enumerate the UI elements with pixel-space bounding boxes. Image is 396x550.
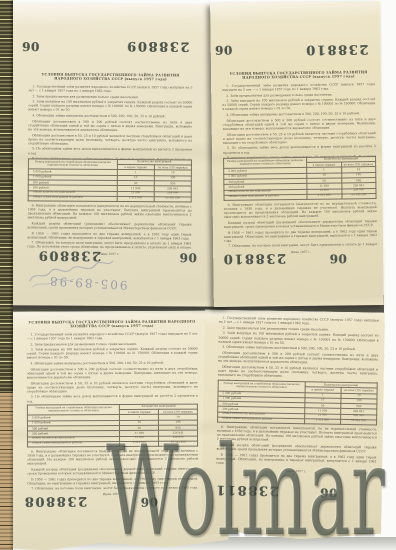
terms-paragraphs-lower: 6. Выигравшие облигации погашаются (выку… (216, 425, 377, 468)
ruler-dark-segment (0, 0, 13, 392)
terms-paragraph: Облигации достоинством в 500 и 200 рубле… (223, 117, 376, 131)
terms-paragraph: 3. Заём выпущен на 100 миллионов рублей … (28, 100, 192, 113)
bond-serial-number: 238810 (305, 41, 369, 57)
measuring-ruler (0, 0, 13, 550)
table-row: Общая сумма выигрышей (в рублях)2 912 80… (224, 193, 376, 200)
table-cell: Общая сумма выигрышей (в рублях) (224, 194, 307, 200)
table-cell: Общая сумма выигрышей (в рублях) (28, 441, 120, 447)
terms-paragraph: Облигации достоинством в 50, 25 и 10 руб… (27, 380, 198, 393)
table-cell: 55 343 200 (159, 441, 198, 446)
bond-sheet-bottom-left: УСЛОВИЯ ВЫПУСКА ГОСУДАРСТВЕННОГО ЗАЙМА Р… (9, 310, 228, 550)
winnings-table-body: 5 000 рублей1191 000 рублей10190500 рубл… (218, 391, 377, 415)
terms-paragraph: 4. Облигации займа выпущены достоинством… (27, 361, 198, 366)
terms-paragraph: 5. По облигациям займа весь доход выплач… (27, 394, 198, 403)
table-cell: 55 343 200 (342, 193, 377, 199)
terms-paragraph: Облигации достоинством в 50, 25 и 10 руб… (28, 133, 192, 146)
terms-paragraph: В 1958 — 1961 годах проводится по два ти… (216, 452, 376, 467)
table-cell: 2 912 800 (304, 419, 340, 425)
bond-serial-number: 238811 (215, 482, 279, 498)
bond-terms-title: УСЛОВИЯ ВЫПУСКА ГОСУДАРСТВЕННОГО ЗАЙМА Р… (26, 311, 197, 330)
terms-paragraphs-upper: 1. Государственный заём развития народно… (26, 331, 197, 404)
winnings-table-totals: Общее количество выигрышей12 000228 000О… (28, 436, 198, 447)
terms-paragraph: 6. Выигравшие облигации погашаются (выку… (224, 201, 377, 219)
terms-paragraph: 2. Заём предназначен для размещения толь… (27, 341, 198, 346)
bond-number-stamp: 06 (140, 495, 158, 509)
bond-number-stamp: 06 (179, 250, 197, 264)
terms-paragraph: 3. Заём выпущен на 100 миллионов рублей … (27, 347, 198, 360)
terms-paragraph: Облигации достоинством в 50, 25 и 10 руб… (218, 364, 378, 379)
terms-paragraph: 3. Заём выпущен на 100 миллионов рублей … (222, 97, 375, 111)
winnings-table-body: 5 000 рублей1191 000 рублей10190500 рубл… (28, 169, 191, 191)
table-row: Общая сумма выигрышей (в рублях)2 912 80… (28, 441, 198, 447)
winnings-table-body: 5 000 рублей1191 000 рублей10190500 рубл… (224, 167, 376, 190)
terms-paragraph: В 1958 — 1961 годах проводится по два ти… (27, 231, 191, 240)
ruler-light-segment (0, 392, 13, 550)
winnings-table: Размер выигрышей на сторублёвую облигаци… (28, 158, 192, 202)
terms-paragraphs-lower: 6. Выигравшие облигации погашаются (выку… (224, 201, 378, 248)
terms-paragraph: 6. Выигравшие облигации погашаются (выку… (27, 448, 198, 465)
table-header-denomination: Размер выигрышей на сторублёвую облигаци… (28, 159, 117, 170)
table-row: Общая сумма выигрышей (в рублях)2 912 80… (28, 196, 191, 202)
terms-paragraph: Облигации достоинством в 500 и 200 рубле… (218, 351, 378, 366)
terms-paragraph: 1. Государственный заём развития народно… (28, 84, 192, 93)
table-cell: Общая сумма выигрышей (в рублях) (218, 417, 305, 424)
table-row: Общая сумма выигрышей (в рублях)2 912 80… (218, 417, 377, 425)
bond-number-stamp: 06 (320, 485, 338, 499)
terms-paragraph: 5. По облигациям займа весь доход выплач… (28, 147, 192, 156)
terms-paragraph: В 1958 — 1961 годах проводится по два ти… (27, 476, 198, 485)
terms-paragraphs-lower: 6. Выигравшие облигации погашаются (выку… (27, 203, 191, 249)
bond-serial-number: 238808 (23, 493, 87, 508)
terms-paragraph: Облигации достоинством в 50, 25 и 10 руб… (223, 131, 376, 145)
bond-number-stamp: 06 (329, 251, 347, 265)
terms-paragraphs-upper: 1. Государственный заём развития народно… (28, 84, 193, 159)
bond-sheet-bottom-right: УСЛОВИЯ ВЫПУСКА ГОСУДАРСТВЕННОГО ЗАЙМА Р… (201, 309, 385, 540)
terms-paragraph: 1. Государственный заём развития народно… (26, 331, 197, 340)
winnings-table: Размер выигрышей на сторублёвую облигаци… (223, 156, 377, 201)
winnings-table-totals: Общее количество выигрышей12 000228 000О… (224, 188, 376, 200)
winnings-table: Размер выигрышей на сторублёвую облигаци… (27, 403, 198, 447)
table-cell: 55 343 200 (340, 419, 376, 425)
bond-number-stamp: 06 (22, 39, 40, 53)
bond-sheet-top-left: 06 238809 УСЛОВИЯ ВЫПУСКА ГОСУДАРСТВЕННО… (11, 3, 229, 307)
terms-paragraph: Каждый разряд облигаций (разрядами) обес… (27, 466, 198, 475)
winnings-table-totals: Общее количество выигрышей12 000228 000О… (28, 190, 191, 201)
winnings-table-totals: Общее количество выигрышей12 000228 000О… (218, 412, 377, 425)
bond-serial-number: 238810 (222, 250, 286, 266)
bond-sheet-top-right: 06 238810 УСЛОВИЯ ВЫПУСКА ГОСУДАРСТВЕННО… (210, 1, 384, 307)
bond-serial-number: 238809 (126, 38, 190, 53)
table-cell: 2 912 800 (117, 196, 154, 201)
winnings-table: Размер выигрышей на сторублёвую облигаци… (217, 380, 378, 426)
table-cell: 2 912 800 (307, 194, 342, 200)
table-cell: Общая сумма выигрышей (в рублях) (28, 196, 117, 202)
terms-paragraphs-upper: 1. Государственный заём развития народно… (222, 82, 376, 158)
terms-paragraph: Каждый разряд облигаций (разрядами) обес… (224, 219, 377, 229)
table-cell: 55 343 200 (154, 196, 191, 201)
terms-paragraph: 4. Облигации займа выпущены достоинством… (28, 113, 192, 118)
terms-paragraph: Облигации достоинством в 500 и 200 рубле… (27, 366, 198, 379)
terms-paragraph: 3. Заём выпущен на 100 миллионов рублей … (218, 331, 378, 346)
terms-paragraph: 7. Облигации, на которые пали выигрыши, … (27, 486, 198, 489)
terms-paragraph: 6. Выигравшие облигации погашаются (выку… (28, 203, 192, 220)
terms-paragraph: 2. Заём предназначен для размещения толь… (28, 94, 192, 99)
terms-paragraph: 7. Облигации, на которые пали выигрыши, … (224, 242, 377, 247)
terms-paragraph: 6. Выигравшие облигации погашаются (выку… (217, 425, 377, 444)
terms-paragraph: 1. Государственный заём развития народно… (222, 82, 375, 92)
terms-paragraphs-lower: 6. Выигравшие облигации погашаются (выку… (27, 448, 198, 489)
terms-paragraph: В 1958 — 1961 годах проводится по два ти… (224, 229, 377, 243)
terms-paragraphs-upper: 1. Государственный заём развития народно… (218, 316, 379, 383)
terms-paragraph: Облигации достоинством в 500 и 200 рубле… (28, 119, 192, 132)
bond-number-stamp: 06 (215, 43, 233, 57)
issue-date-line: Июнь 1957 г. (216, 468, 376, 475)
winnings-table-body: 5 000 рублей1191 000 рублей10190500 рубл… (27, 414, 197, 436)
table-header-denomination: Размер выигрышей на сторублёвую облигаци… (27, 404, 119, 415)
terms-paragraph: 5. По облигациям займа весь доход выплач… (223, 144, 376, 154)
terms-paragraph: Каждый разряд облигаций (разрядами) обес… (27, 221, 191, 230)
table-cell: 2 912 800 (120, 441, 159, 446)
auction-photo: 06 238809 УСЛОВИЯ ВЫПУСКА ГОСУДАРСТВЕННО… (0, 0, 396, 550)
